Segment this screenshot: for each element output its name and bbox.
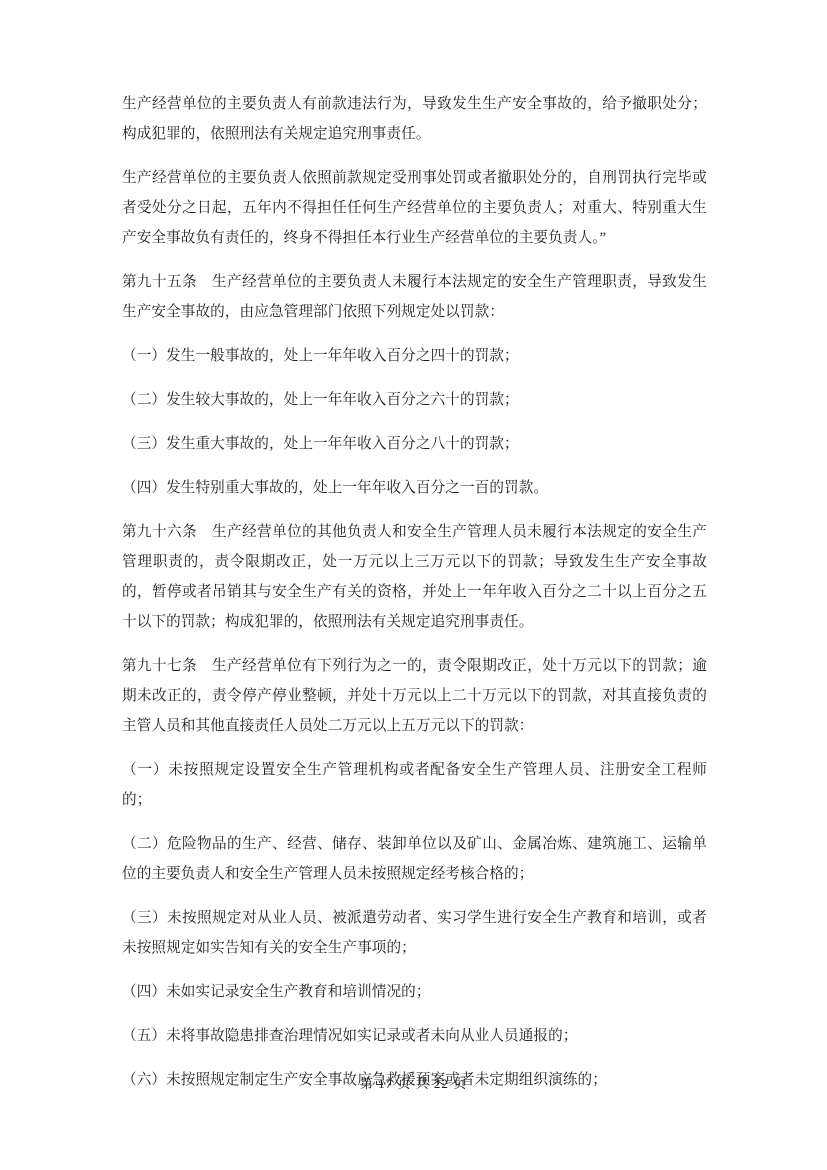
article-95-item-4: （四）发生特别重大事故的，处上一年年收入百分之一百的罚款。	[122, 473, 707, 503]
document-body-text: 生产经营单位的主要负责人有前款违法行为，导致发生生产安全事故的，给予撤职处分；构…	[122, 89, 707, 1109]
article-95-item-3: （三）发生重大事故的，处上一年年收入百分之八十的罚款；	[122, 429, 707, 459]
article-96: 第九十六条 生产经营单位的其他负责人和安全生产管理人员未履行本法规定的安全生产管…	[122, 517, 707, 637]
article-97-item-4: （四）未如实记录安全生产教育和培训情况的；	[122, 977, 707, 1007]
para-liability-continuation-2: 生产经营单位的主要负责人依照前款规定受刑事处罚或者撤职处分的，自刑罚执行完毕或者…	[122, 163, 707, 253]
document-page: 生产经营单位的主要负责人有前款违法行为，导致发生生产安全事故的，给予撤职处分；构…	[0, 0, 827, 1170]
article-95-intro: 第九十五条 生产经营单位的主要负责人未履行本法规定的安全生产管理职责，导致发生生…	[122, 267, 707, 327]
article-97-item-5: （五）未将事故隐患排查治理情况如实记录或者未向从业人员通报的；	[122, 1021, 707, 1051]
article-95-item-1: （一）发生一般事故的，处上一年年收入百分之四十的罚款；	[122, 341, 707, 371]
para-liability-continuation-1: 生产经营单位的主要负责人有前款违法行为，导致发生生产安全事故的，给予撤职处分；构…	[122, 89, 707, 149]
page-footer: 第 17 页 共 22 页	[0, 1074, 827, 1094]
article-97-item-2: （二）危险物品的生产、经营、储存、装卸单位以及矿山、金属冶炼、建筑施工、运输单位…	[122, 829, 707, 889]
article-97-intro: 第九十七条 生产经营单位有下列行为之一的，责令限期改正，处十万元以下的罚款；逾期…	[122, 651, 707, 741]
article-95-item-2: （二）发生较大事故的，处上一年年收入百分之六十的罚款；	[122, 385, 707, 415]
article-97-item-3: （三）未按照规定对从业人员、被派遣劳动者、实习学生进行安全生产教育和培训，或者未…	[122, 903, 707, 963]
article-97-item-1: （一）未按照规定设置安全生产管理机构或者配备安全生产管理人员、注册安全工程师的；	[122, 755, 707, 815]
